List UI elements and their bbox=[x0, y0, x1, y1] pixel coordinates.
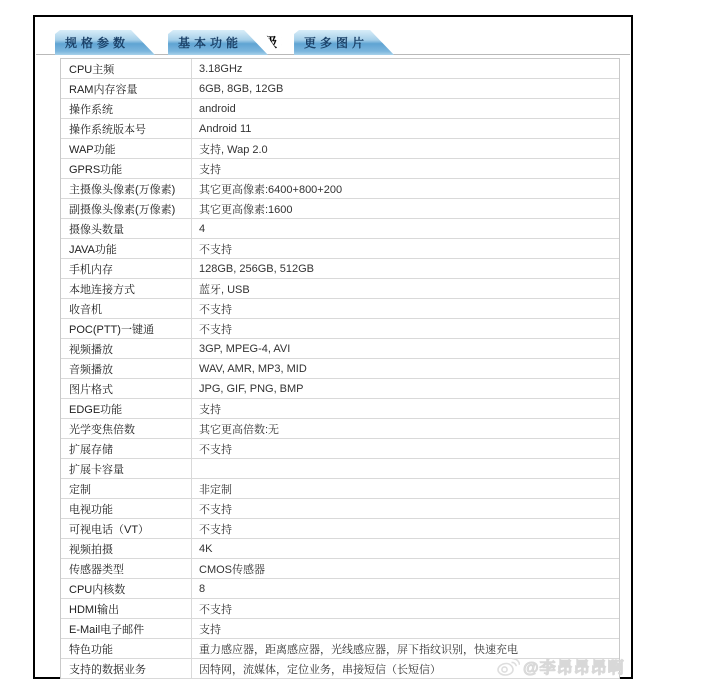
watermark-text: @李昂昂昂啊 bbox=[523, 655, 625, 678]
spec-value: 6GB, 8GB, 12GB bbox=[192, 83, 619, 95]
spec-label: JAVA功能 bbox=[61, 239, 192, 258]
spec-label: 手机内存 bbox=[61, 259, 192, 278]
spec-value: 3GP, MPEG-4, AVI bbox=[192, 343, 619, 355]
spec-value: 不支持 bbox=[192, 601, 619, 617]
spec-value: 支持 bbox=[192, 401, 619, 417]
spec-value: 其它更高像素:1600 bbox=[192, 201, 619, 217]
spec-value: 4K bbox=[192, 543, 619, 555]
table-row: 收音机不支持 bbox=[61, 299, 619, 319]
spec-label: CPU内核数 bbox=[61, 579, 192, 598]
spec-label: E-Mail电子邮件 bbox=[61, 619, 192, 638]
spec-label: 主摄像头像素(万像素) bbox=[61, 179, 192, 198]
spec-value: 不支持 bbox=[192, 501, 619, 517]
spec-label: 扩展卡容量 bbox=[61, 459, 192, 478]
table-row: HDMI输出不支持 bbox=[61, 599, 619, 619]
table-row: WAP功能支持, Wap 2.0 bbox=[61, 139, 619, 159]
table-row: E-Mail电子邮件支持 bbox=[61, 619, 619, 639]
spec-value: 非定制 bbox=[192, 481, 619, 497]
tab-spec-params[interactable]: 规格参数 bbox=[55, 30, 155, 55]
spec-label: EDGE功能 bbox=[61, 399, 192, 418]
tab-spec-params-label: 规格参数 bbox=[55, 34, 155, 51]
spec-value: WAV, AMR, MP3, MID bbox=[192, 363, 619, 375]
spec-label: 定制 bbox=[61, 479, 192, 498]
spec-value: 其它更高倍数:无 bbox=[192, 421, 619, 437]
tab-bar: 规格参数 基本功能 高级功能 更多图片 bbox=[55, 30, 394, 55]
spec-value: 不支持 bbox=[192, 241, 619, 257]
table-row: 定制非定制 bbox=[61, 479, 619, 499]
tab-basic-functions[interactable]: 基本功能 bbox=[168, 30, 268, 55]
table-row: 操作系统android bbox=[61, 99, 619, 119]
spec-value: 4 bbox=[192, 223, 619, 235]
table-row: 电视功能不支持 bbox=[61, 499, 619, 519]
table-row: 摄像头数量4 bbox=[61, 219, 619, 239]
tab-basic-functions-label: 基本功能 bbox=[168, 34, 268, 51]
table-row: 视频拍摄4K bbox=[61, 539, 619, 559]
table-row: 手机内存128GB, 256GB, 512GB bbox=[61, 259, 619, 279]
spec-value: 不支持 bbox=[192, 301, 619, 317]
spec-value: 不支持 bbox=[192, 441, 619, 457]
spec-label: RAM内存容量 bbox=[61, 79, 192, 98]
spec-label: 副摄像头像素(万像素) bbox=[61, 199, 192, 218]
table-row: 操作系统版本号Android 11 bbox=[61, 119, 619, 139]
spec-label: GPRS功能 bbox=[61, 159, 192, 178]
spec-value: 蓝牙, USB bbox=[192, 281, 619, 297]
spec-label: 特色功能 bbox=[61, 639, 192, 658]
spec-value: Android 11 bbox=[192, 123, 619, 135]
watermark: @李昂昂昂啊 bbox=[496, 655, 625, 678]
tab-more-images-label: 更多图片 bbox=[294, 34, 394, 51]
spec-label: POC(PTT)一键通 bbox=[61, 319, 192, 338]
spec-label: 传感器类型 bbox=[61, 559, 192, 578]
table-row: POC(PTT)一键通不支持 bbox=[61, 319, 619, 339]
spec-label: 操作系统版本号 bbox=[61, 119, 192, 138]
spec-value: 128GB, 256GB, 512GB bbox=[192, 263, 619, 275]
weibo-icon bbox=[496, 657, 520, 677]
spec-label: 视频播放 bbox=[61, 339, 192, 358]
spec-value: 8 bbox=[192, 583, 619, 595]
table-row: 扩展存储不支持 bbox=[61, 439, 619, 459]
table-row: GPRS功能支持 bbox=[61, 159, 619, 179]
spec-label: 音频播放 bbox=[61, 359, 192, 378]
spec-label: 视频拍摄 bbox=[61, 539, 192, 558]
spec-value: 支持, Wap 2.0 bbox=[192, 141, 619, 157]
spec-label: 本地连接方式 bbox=[61, 279, 192, 298]
table-row: 音频播放WAV, AMR, MP3, MID bbox=[61, 359, 619, 379]
table-row: CPU内核数8 bbox=[61, 579, 619, 599]
spec-label: 操作系统 bbox=[61, 99, 192, 118]
spec-value: 支持 bbox=[192, 161, 619, 177]
table-row: 主摄像头像素(万像素)其它更高像素:6400+800+200 bbox=[61, 179, 619, 199]
spec-label: 扩展存储 bbox=[61, 439, 192, 458]
spec-value: CMOS传感器 bbox=[192, 561, 619, 577]
table-row: 视频播放3GP, MPEG-4, AVI bbox=[61, 339, 619, 359]
table-row: JAVA功能不支持 bbox=[61, 239, 619, 259]
table-row: 传感器类型CMOS传感器 bbox=[61, 559, 619, 579]
table-row: CPU主频3.18GHz bbox=[61, 59, 619, 79]
table-row: 光学变焦倍数其它更高倍数:无 bbox=[61, 419, 619, 439]
spec-label: 可视电话（VT） bbox=[61, 519, 192, 538]
spec-value: android bbox=[192, 103, 619, 115]
table-row: 图片格式JPG, GIF, PNG, BMP bbox=[61, 379, 619, 399]
tenaa-spec-page: 规格参数 基本功能 高级功能 更多图片 CPU主频3.18GHzRAM内存容量6… bbox=[0, 0, 722, 694]
spec-value: 不支持 bbox=[192, 521, 619, 537]
spec-label: 摄像头数量 bbox=[61, 219, 192, 238]
table-row: 扩展卡容量 bbox=[61, 459, 619, 479]
spec-value: 3.18GHz bbox=[192, 63, 619, 75]
spec-table: CPU主频3.18GHzRAM内存容量6GB, 8GB, 12GB操作系统and… bbox=[60, 58, 620, 679]
table-row: 本地连接方式蓝牙, USB bbox=[61, 279, 619, 299]
spec-value: 支持 bbox=[192, 621, 619, 637]
spec-label: CPU主频 bbox=[61, 59, 192, 78]
spec-value: JPG, GIF, PNG, BMP bbox=[192, 383, 619, 395]
spec-label: 电视功能 bbox=[61, 499, 192, 518]
spec-label: 收音机 bbox=[61, 299, 192, 318]
spec-label: 支持的数据业务 bbox=[61, 659, 192, 678]
tab-more-images[interactable]: 更多图片 bbox=[294, 30, 394, 55]
spec-table-body: CPU主频3.18GHzRAM内存容量6GB, 8GB, 12GB操作系统and… bbox=[61, 59, 619, 679]
table-row: 可视电话（VT）不支持 bbox=[61, 519, 619, 539]
table-row: 副摄像头像素(万像素)其它更高像素:1600 bbox=[61, 199, 619, 219]
spec-label: HDMI输出 bbox=[61, 599, 192, 618]
table-row: EDGE功能支持 bbox=[61, 399, 619, 419]
spec-label: WAP功能 bbox=[61, 139, 192, 158]
spec-label: 光学变焦倍数 bbox=[61, 419, 192, 438]
spec-value: 不支持 bbox=[192, 321, 619, 337]
spec-value: 其它更高像素:6400+800+200 bbox=[192, 181, 619, 197]
spec-label: 图片格式 bbox=[61, 379, 192, 398]
table-row: RAM内存容量6GB, 8GB, 12GB bbox=[61, 79, 619, 99]
